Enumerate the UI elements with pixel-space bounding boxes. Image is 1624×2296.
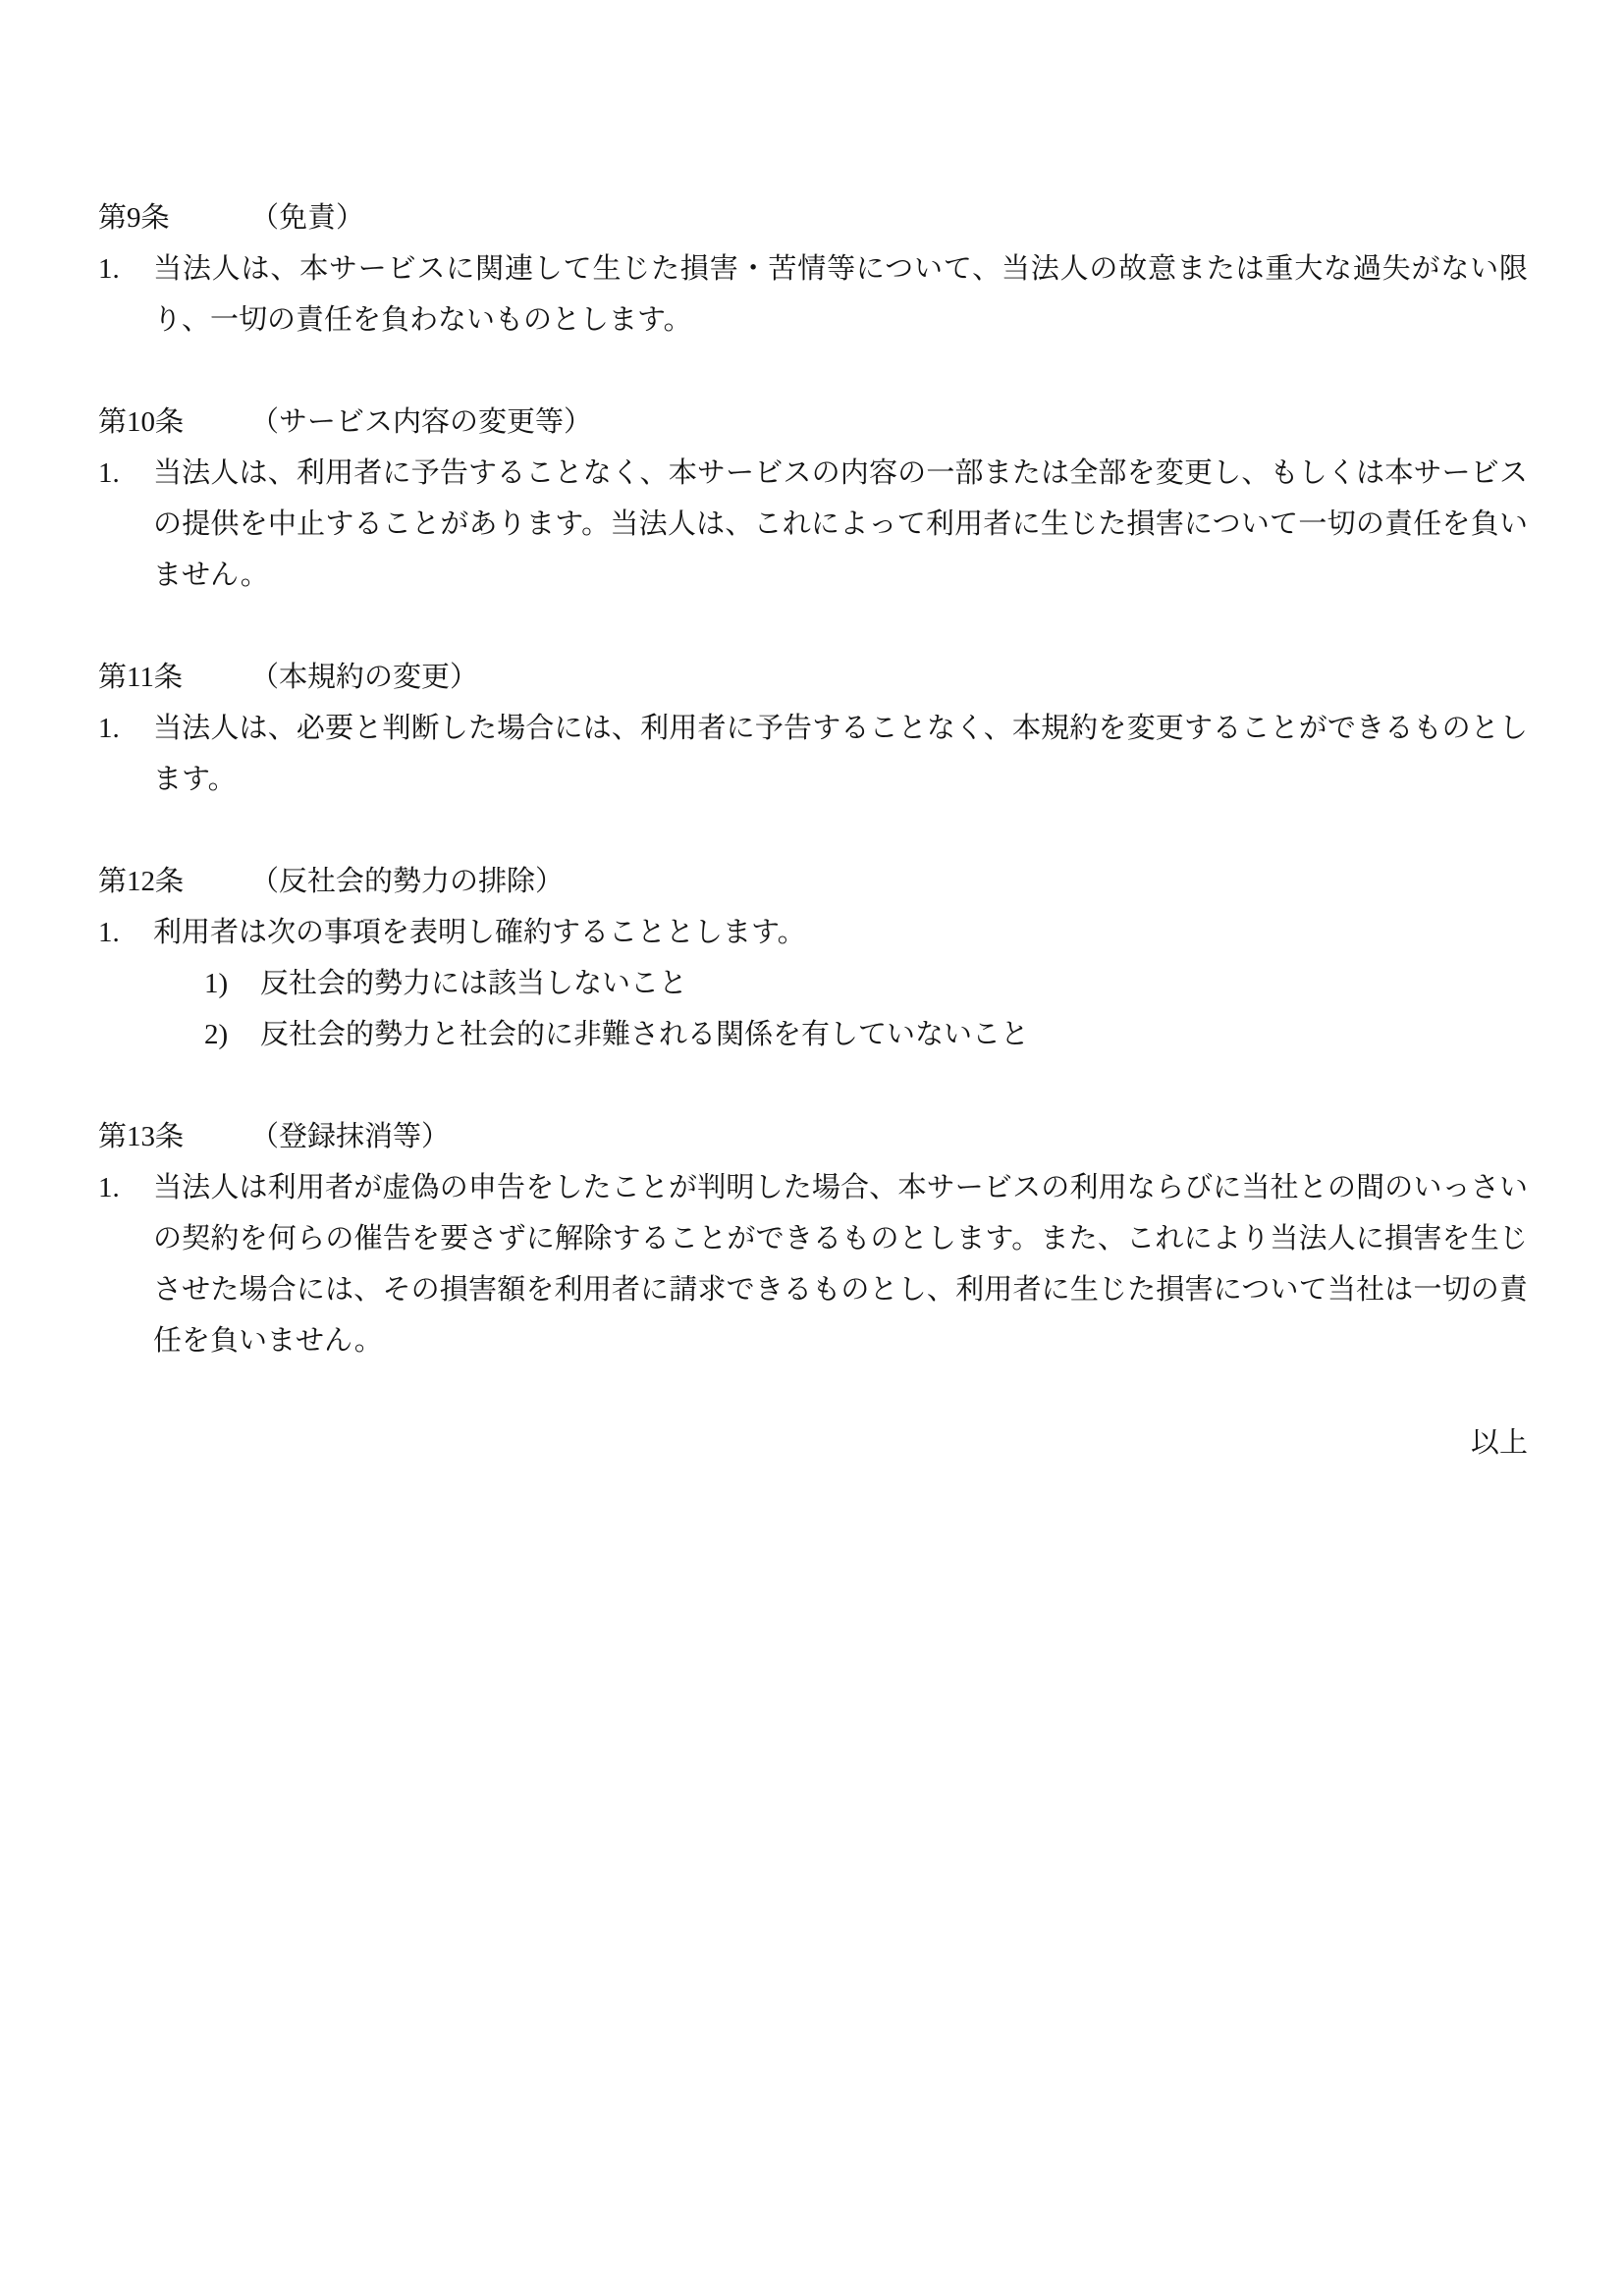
article-title: （本規約の変更） bbox=[250, 652, 1528, 703]
article-title: （免責） bbox=[250, 192, 1528, 243]
article-heading: 第13条 （登録抹消等） bbox=[98, 1111, 1528, 1162]
article-heading: 第11条 （本規約の変更） bbox=[98, 652, 1528, 703]
article-heading: 第9条 （免責） bbox=[98, 192, 1528, 243]
item-text: 当法人は、利用者に予告することなく、本サービスの内容の一部または全部を変更し、も… bbox=[153, 448, 1528, 601]
list-item: 1. 当法人は利用者が虚偽の申告をしたことが判明した場合、本サービスの利用ならび… bbox=[98, 1162, 1528, 1366]
subitem-marker: 1) bbox=[204, 958, 260, 1009]
item-marker: 1. bbox=[98, 243, 153, 346]
item-marker: 1. bbox=[98, 907, 153, 958]
article-13: 第13条 （登録抹消等） 1. 当法人は利用者が虚偽の申告をしたことが判明した場… bbox=[98, 1111, 1528, 1366]
article-title: （サービス内容の変更等） bbox=[250, 397, 1528, 448]
sub-list-item: 1) 反社会的勢力には該当しないこと bbox=[98, 958, 1528, 1009]
sub-list-item: 2) 反社会的勢力と社会的に非難される関係を有していないこと bbox=[98, 1009, 1528, 1060]
article-12: 第12条 （反社会的勢力の排除） 1. 利用者は次の事項を表明し確約することとし… bbox=[98, 856, 1528, 1060]
subitem-marker: 2) bbox=[204, 1009, 260, 1060]
article-9: 第9条 （免責） 1. 当法人は、本サービスに関連して生じた損害・苦情等について… bbox=[98, 192, 1528, 346]
article-heading: 第10条 （サービス内容の変更等） bbox=[98, 397, 1528, 448]
document-page: 第9条 （免責） 1. 当法人は、本サービスに関連して生じた損害・苦情等について… bbox=[0, 0, 1624, 2296]
article-number: 第10条 bbox=[98, 397, 250, 448]
article-number: 第11条 bbox=[98, 652, 250, 703]
item-marker: 1. bbox=[98, 448, 153, 601]
item-text: 当法人は、必要と判断した場合には、利用者に予告することなく、本規約を変更すること… bbox=[153, 703, 1528, 805]
item-marker: 1. bbox=[98, 703, 153, 805]
item-text: 当法人は、本サービスに関連して生じた損害・苦情等について、当法人の故意または重大… bbox=[153, 243, 1528, 346]
list-item: 1. 当法人は、必要と判断した場合には、利用者に予告することなく、本規約を変更す… bbox=[98, 703, 1528, 805]
article-title: （登録抹消等） bbox=[250, 1111, 1528, 1162]
closing-statement: 以上 bbox=[98, 1417, 1528, 1468]
article-heading: 第12条 （反社会的勢力の排除） bbox=[98, 856, 1528, 907]
list-item: 1. 当法人は、本サービスに関連して生じた損害・苦情等について、当法人の故意また… bbox=[98, 243, 1528, 346]
article-title: （反社会的勢力の排除） bbox=[250, 856, 1528, 907]
article-10: 第10条 （サービス内容の変更等） 1. 当法人は、利用者に予告することなく、本… bbox=[98, 397, 1528, 601]
article-11: 第11条 （本規約の変更） 1. 当法人は、必要と判断した場合には、利用者に予告… bbox=[98, 652, 1528, 805]
item-text: 当法人は利用者が虚偽の申告をしたことが判明した場合、本サービスの利用ならびに当社… bbox=[153, 1162, 1528, 1366]
list-item: 1. 利用者は次の事項を表明し確約することとします。 bbox=[98, 907, 1528, 958]
article-number: 第12条 bbox=[98, 856, 250, 907]
article-number: 第13条 bbox=[98, 1111, 250, 1162]
subitem-text: 反社会的勢力と社会的に非難される関係を有していないこと bbox=[260, 1009, 1528, 1060]
item-text: 利用者は次の事項を表明し確約することとします。 bbox=[153, 907, 1528, 958]
article-number: 第9条 bbox=[98, 192, 250, 243]
list-item: 1. 当法人は、利用者に予告することなく、本サービスの内容の一部または全部を変更… bbox=[98, 448, 1528, 601]
subitem-text: 反社会的勢力には該当しないこと bbox=[260, 958, 1528, 1009]
item-marker: 1. bbox=[98, 1162, 153, 1366]
